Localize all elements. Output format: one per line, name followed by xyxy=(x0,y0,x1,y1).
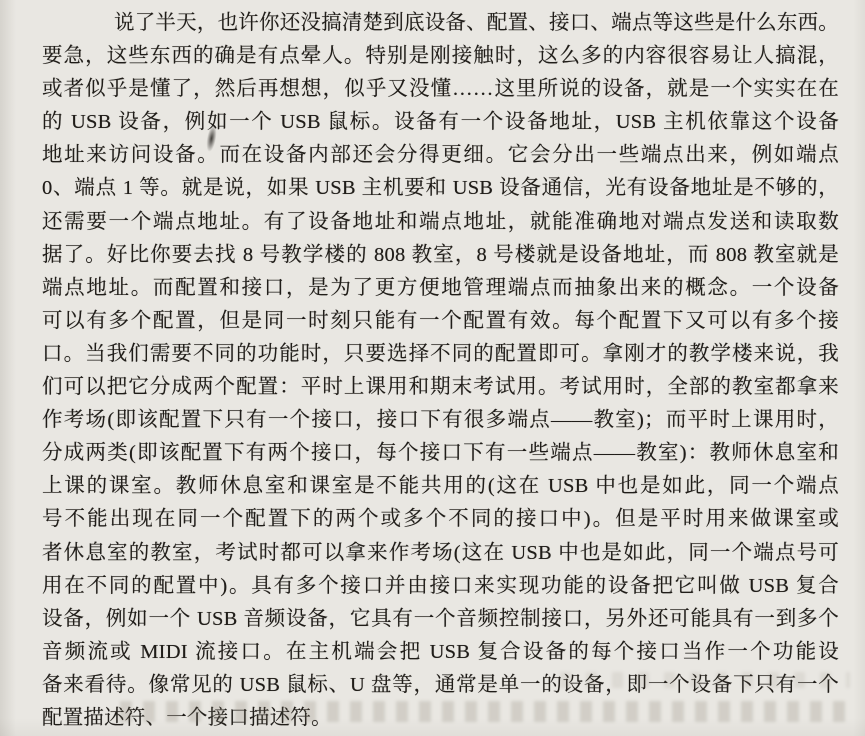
paragraph-text: 说了半天，也许你还没搞清楚到底设备、配置、接口、端点等这些是什么东西。不要急，这… xyxy=(42,7,839,735)
text-line: 要急，这些东西的确是有点晕人。特别是刚接触时，这么多的内容很容易让人搞混， xyxy=(42,40,839,73)
text-line: 们可以把它分成两个配置：平时上课用和期末考试用。考试用时，全部的教室都拿来 xyxy=(42,371,839,404)
text-line: 端点地址。而配置和接口，是为了更方便地管理端点而抽象出来的概念。一个设备 xyxy=(42,272,839,305)
text-line: 说了半天，也许你还没搞清楚到底设备、配置、接口、端点等这些是什么东西。不 xyxy=(42,7,839,40)
text-line: 可以有多个配置，但是同一时刻只能有一个配置有效。每个配置下又可以有多个接 xyxy=(42,305,839,338)
text-line: 配置描述符、一个接口描述符。 xyxy=(42,702,839,735)
text-line: 的 USB 设备，例如一个 USB 鼠标。设备有一个设备地址，USB 主机依靠这… xyxy=(42,106,839,139)
text-line: 据了。好比你要去找 8 号教学楼的 808 教室，8 号楼就是设备地址，而 80… xyxy=(42,239,839,272)
text-line: 者休息室的教室，考试时都可以拿来作考场(这在 USB 中也是如此，同一个端点号可 xyxy=(42,537,839,570)
text-line: 设备，例如一个 USB 音频设备，它具有一个音频控制接口，另外还可能具有一到多个 xyxy=(42,603,839,636)
text-line: 地址来访问设备。而在设备内部还会分得更细。它会分出一些端点出来，例如端点 xyxy=(42,139,839,172)
text-line: 用在不同的配置中)。具有多个接口并由接口来实现功能的设备把它叫做 USB 复合 xyxy=(42,570,839,603)
text-line: 上课的课室。教师休息室和课室是不能共用的(这在 USB 中也是如此，同一个端点 xyxy=(42,470,839,503)
text-line: 还需要一个端点地址。有了设备地址和端点地址，就能准确地对端点发送和读取数 xyxy=(42,206,839,239)
text-line: 备来看待。像常见的 USB 鼠标、U 盘等，通常是单一的设备，即一个设备下只有一… xyxy=(42,669,839,702)
text-line: 口。当我们需要不同的功能时，只要选择不同的配置即可。拿刚才的教学楼来说，我 xyxy=(42,338,839,371)
text-line: 音频流或 MIDI 流接口。在主机端会把 USB 复合设备的每个接口当作一个功能… xyxy=(42,636,839,669)
text-line: 0、端点 1 等。就是说，如果 USB 主机要和 USB 设备通信，光有设备地址… xyxy=(42,172,839,205)
text-line: 分成两类(即该配置下有两个接口，每个接口下有一些端点——教室)：教师休息室和 xyxy=(42,437,839,470)
scanned-book-page: { "scan": { "background_color": "#e9e7e2… xyxy=(0,0,865,736)
text-line: 号不能出现在同一个配置下的两个或多个不同的接口中)。但是平时用来做课室或 xyxy=(42,503,839,536)
text-line: 或者似乎是懂了，然后再想想，似乎又没懂……这里所说的设备，就是一个实实在在 xyxy=(42,73,839,106)
text-line: 作考场(即该配置下只有一个接口，接口下有很多端点——教室)；而平时上课用时， xyxy=(42,404,839,437)
